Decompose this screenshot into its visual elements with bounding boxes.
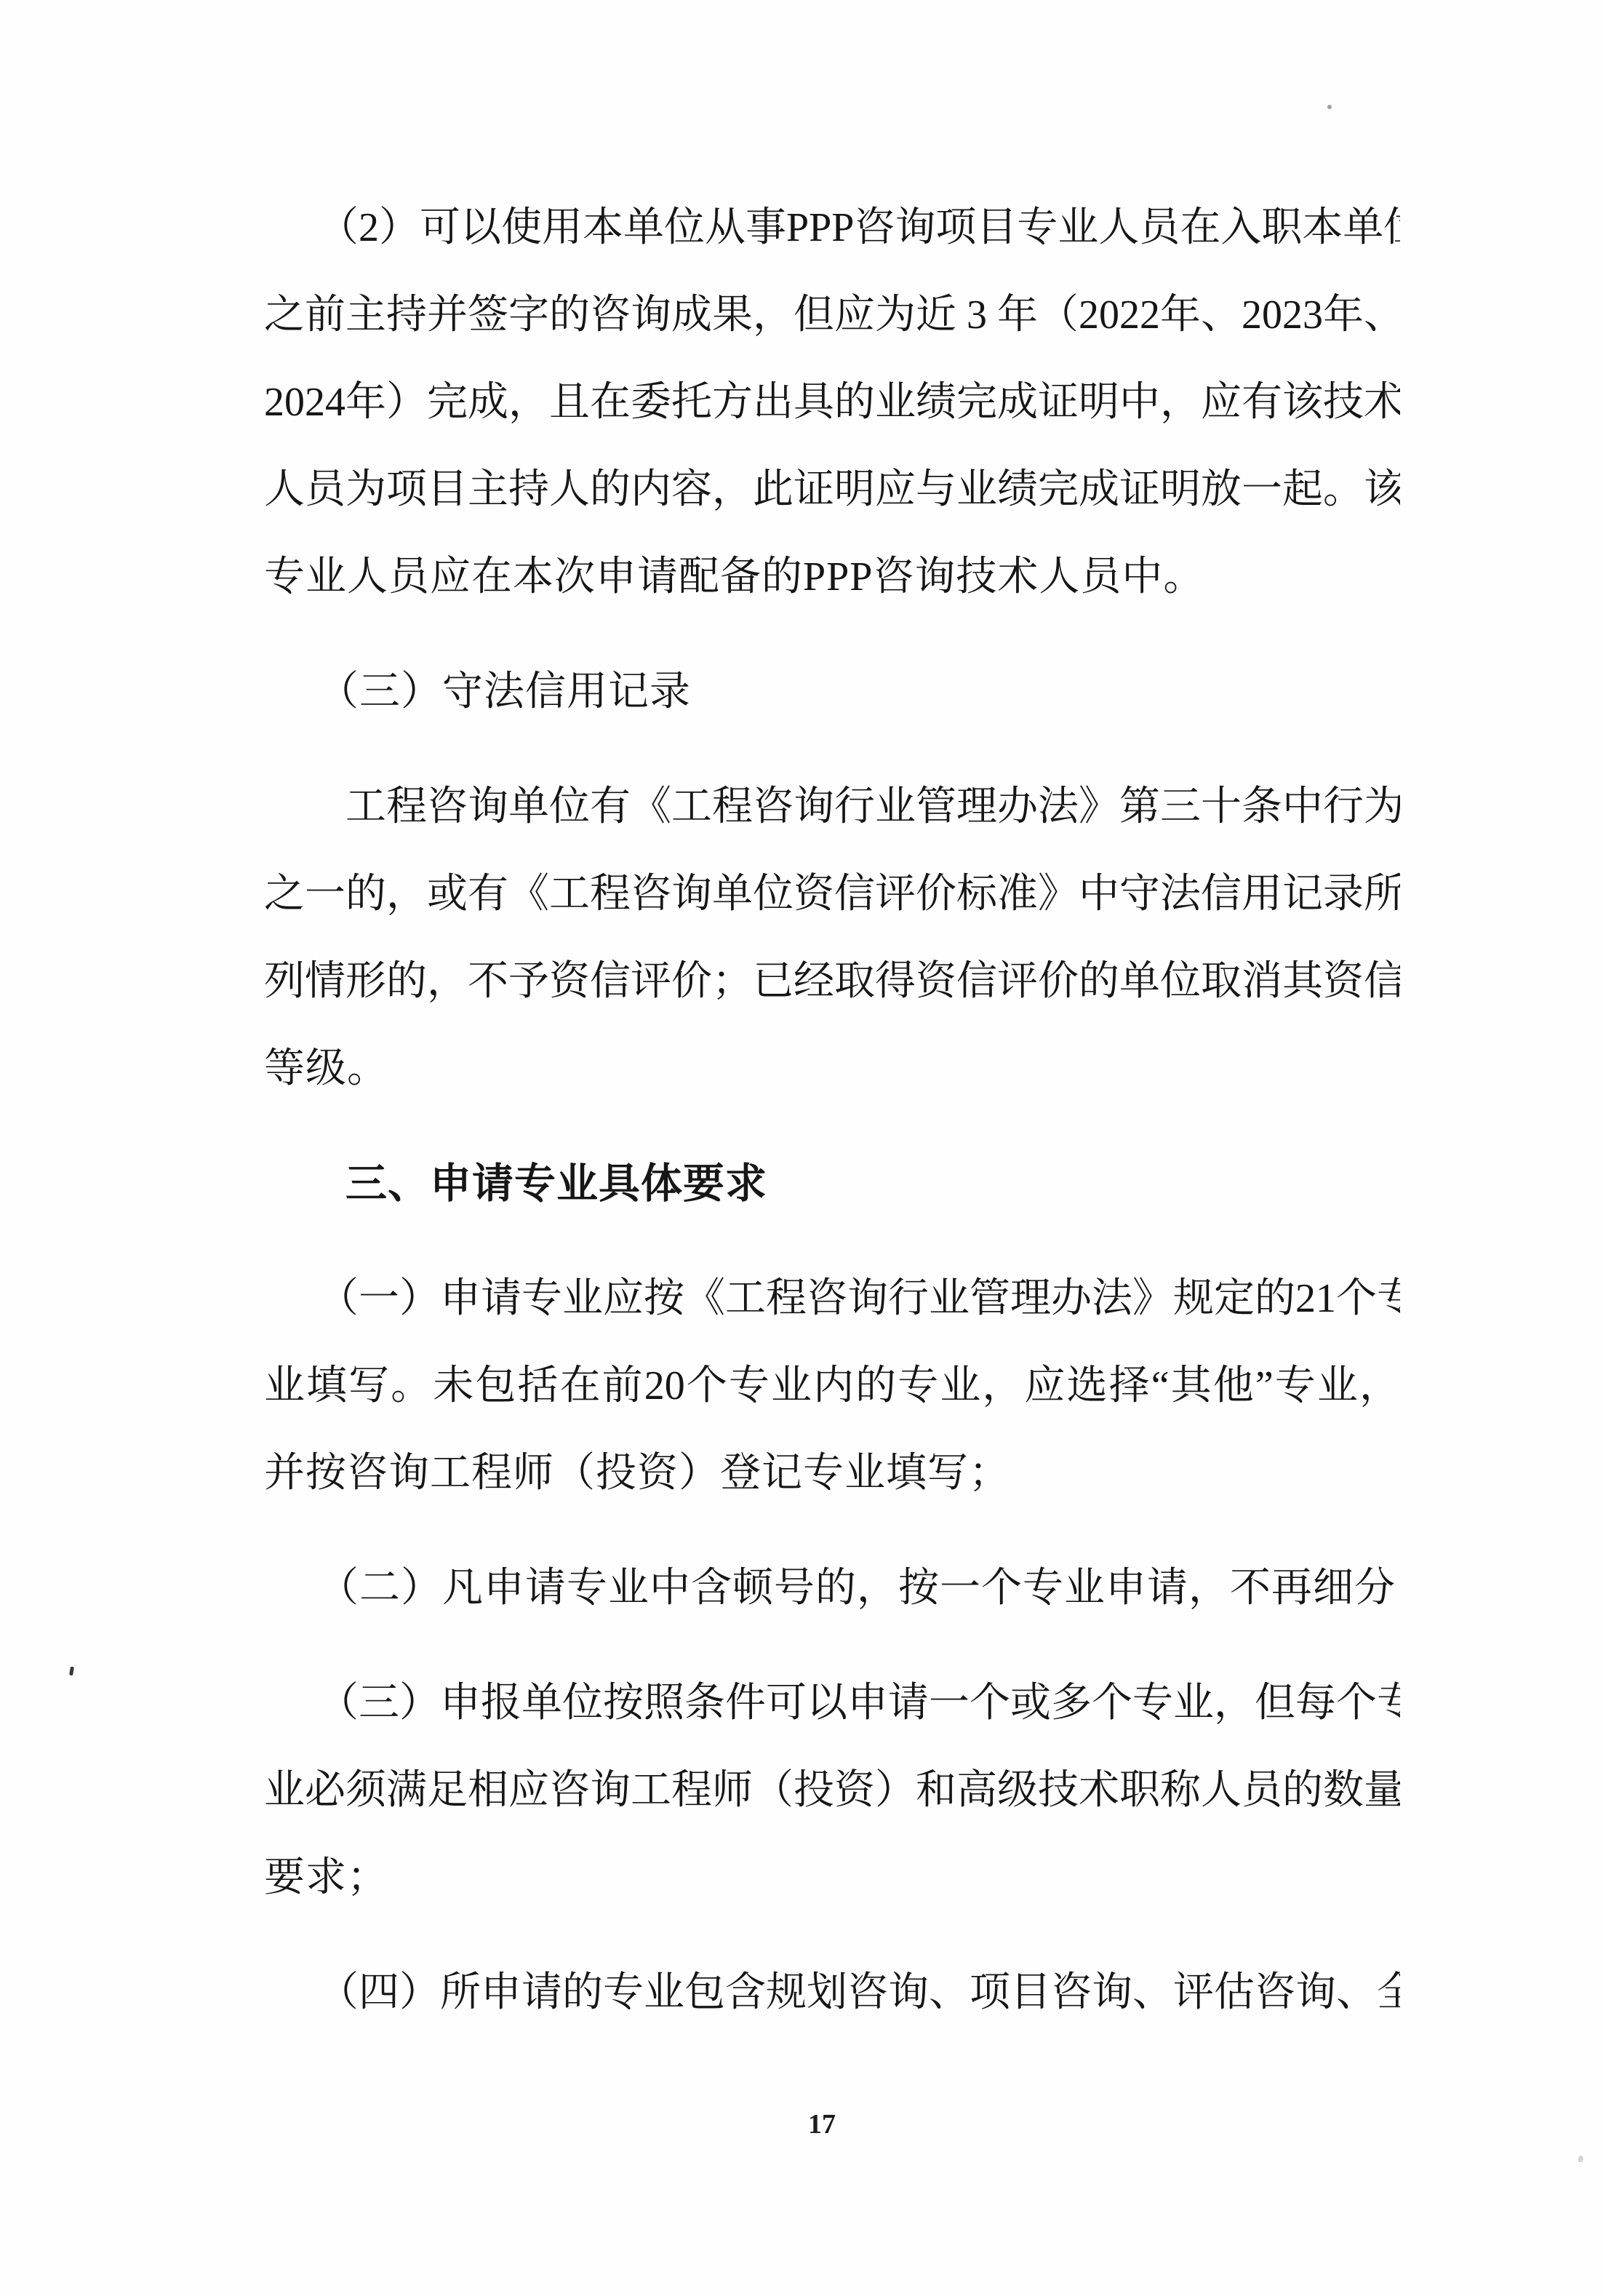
text-line: （三）申报单位按照条件可以申请一个或多个专业，但每个专 (264, 1659, 1400, 1747)
document-body: （2）可以使用本单位从事PPP咨询项目专业人员在入职本单位之前主持并签字的咨询成… (264, 184, 1400, 2036)
text-line: （一）申请专业应按《工程咨询行业管理办法》规定的21个专 (264, 1255, 1400, 1342)
paragraph: （四）所申请的专业包含规划咨询、项目咨询、评估咨询、全 (264, 1949, 1400, 2036)
text-line: 人员为项目主持人的内容，此证明应与业绩完成证明放一起。该 (264, 446, 1400, 533)
page-number: 17 (41, 2108, 1603, 2140)
text-line: （四）所申请的专业包含规划咨询、项目咨询、评估咨询、全 (264, 1949, 1400, 2036)
text-line: 业填写。未包括在前20个专业内的专业，应选择“其他”专业， (264, 1342, 1400, 1430)
text-line: （三）守法信用记录 (264, 648, 1400, 736)
paragraph: （三）申报单位按照条件可以申请一个或多个专业，但每个专业必须满足相应咨询工程师（… (264, 1659, 1400, 1921)
text-line: 等级。 (264, 1025, 1400, 1112)
paragraph: （一）申请专业应按《工程咨询行业管理办法》规定的21个专业填写。未包括在前20个… (264, 1255, 1400, 1517)
text-line: 三、申请专业具体要求 (264, 1140, 1400, 1227)
document-page: （2）可以使用本单位从事PPP咨询项目专业人员在入职本单位之前主持并签字的咨询成… (0, 0, 1603, 2296)
text-line: 列情形的，不予资信评价；已经取得资信评价的单位取消其资信 (264, 938, 1400, 1025)
section-heading: 三、申请专业具体要求 (264, 1140, 1400, 1227)
text-line: （二）凡申请专业中含顿号的，按一个专业申请，不再细分； (264, 1544, 1400, 1632)
scan-speck (1327, 105, 1332, 109)
text-line: （2）可以使用本单位从事PPP咨询项目专业人员在入职本单位 (264, 184, 1400, 271)
text-line: 业必须满足相应咨询工程师（投资）和高级技术职称人员的数量 (264, 1747, 1400, 1834)
paragraph: （二）凡申请专业中含顿号的，按一个专业申请，不再细分； (264, 1544, 1400, 1632)
text-line: 之前主持并签字的咨询成果，但应为近 3 年（2022年、2023年、 (264, 271, 1400, 359)
text-line: 并按咨询工程师（投资）登记专业填写； (264, 1430, 1400, 1517)
text-line: 工程咨询单位有《工程咨询行业管理办法》第三十条中行为 (264, 763, 1400, 850)
text-line: 专业人员应在本次申请配备的PPP咨询技术人员中。 (264, 533, 1400, 621)
text-line: 要求； (264, 1834, 1400, 1921)
paragraph: （2）可以使用本单位从事PPP咨询项目专业人员在入职本单位之前主持并签字的咨询成… (264, 184, 1400, 621)
text-line: 2024年）完成，且在委托方出具的业绩完成证明中，应有该技术 (264, 359, 1400, 446)
paragraph: （三）守法信用记录 (264, 648, 1400, 736)
scan-speck (69, 1667, 74, 1676)
scan-speck (1578, 2156, 1583, 2162)
paragraph: 工程咨询单位有《工程咨询行业管理办法》第三十条中行为之一的，或有《工程咨询单位资… (264, 763, 1400, 1112)
text-line: 之一的，或有《工程咨询单位资信评价标准》中守法信用记录所 (264, 850, 1400, 938)
